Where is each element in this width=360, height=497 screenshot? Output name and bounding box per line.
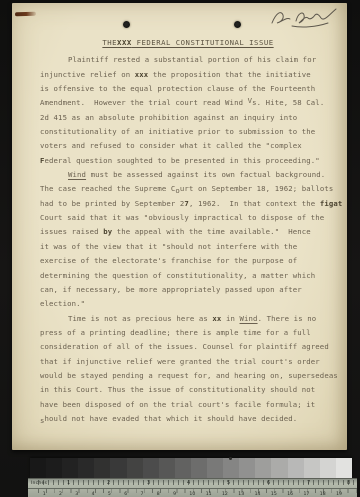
wedge-step: [239, 458, 255, 478]
wedge-step: [159, 458, 175, 478]
punch-hole-icon: [123, 21, 130, 28]
ruler-cm-number: 16: [287, 492, 293, 497]
wedge-step: [62, 458, 78, 478]
typed-line: in this Court. Thus the issue of constit…: [40, 383, 336, 397]
grayscale-wedge: [30, 458, 352, 478]
red-pen-mark: [15, 12, 36, 16]
ruler-cm-number: 19: [336, 492, 342, 497]
ruler-inch-number: 4: [187, 480, 190, 486]
typed-line: exercise of the electorate's franchise f…: [40, 254, 336, 268]
typed-line: Amendment. However the trial court read …: [40, 96, 336, 110]
ruler-inch-number: 5: [227, 480, 230, 486]
punch-hole-icon: [234, 21, 241, 28]
ruler-inch-number: 8: [347, 480, 350, 486]
typed-line: election.": [40, 297, 336, 311]
typed-line: The case reached the Supreme Court on Se…: [40, 182, 336, 196]
ruler-inch-number: 1: [67, 480, 70, 486]
typed-line: injunctive relief on xxx the proposition…: [40, 68, 336, 82]
typed-line: issues raised by the appeal with the tim…: [40, 225, 336, 239]
wedge-step: [320, 458, 336, 478]
ruler-cm-number: 15: [271, 492, 277, 497]
wedge-step: [255, 458, 271, 478]
typed-line: is offensive to the equal protection cla…: [40, 82, 336, 96]
typed-line: Wind must be assessed against its own fa…: [40, 168, 336, 182]
wedge-step: [110, 458, 126, 478]
wedge-step: [78, 458, 94, 478]
ruler-cm-number: 11: [206, 492, 212, 497]
wedge-step: [304, 458, 320, 478]
typed-line: it was of the view that it "should not i…: [40, 240, 336, 254]
typed-line: have been disposed of on the trial court…: [40, 398, 336, 412]
ruler-cm-number: 6: [124, 492, 127, 497]
ruler-cm-number: 5: [108, 492, 111, 497]
photographed-archive-scan: THEXXX FEDERAL CONSTITUTIONAL ISSUEPlain…: [0, 0, 360, 497]
wedge-step: [46, 458, 62, 478]
typed-line: determining the question of constitution…: [40, 269, 336, 283]
wedge-step: [191, 458, 207, 478]
typed-line: constitutionality of an initiative prior…: [40, 125, 336, 139]
wedge-step: [143, 458, 159, 478]
wedge-step: [288, 458, 304, 478]
ruler-cm-number: 7: [141, 492, 144, 497]
ruler-cm-number: 2: [59, 492, 62, 497]
document-title: THEXXX FEDERAL CONSTITUTIONAL ISSUE: [40, 36, 336, 50]
ruler-cm-number: 4: [92, 492, 95, 497]
ruler-cm-number: 17: [304, 492, 310, 497]
ruler-cm-number: 12: [222, 492, 228, 497]
ruler-cm-number: 13: [238, 492, 244, 497]
typed-line: had to be printed by September 27, 1962.…: [40, 197, 336, 211]
document-page: THEXXX FEDERAL CONSTITUTIONAL ISSUEPlain…: [12, 3, 347, 450]
ruler-cm-number: 3: [75, 492, 78, 497]
ruler-cm-number: 8: [157, 492, 160, 497]
ruler-inch-number: 3: [147, 480, 150, 486]
typed-line: Time is not as precious here as xx in Wi…: [40, 312, 336, 326]
typed-line: that if injunctive relief were granted t…: [40, 355, 336, 369]
wedge-step: [207, 458, 223, 478]
wedge-step: [223, 458, 239, 478]
typed-line: press of a printing deadline; there is a…: [40, 326, 336, 340]
ruler-inches-label: Inches: [31, 481, 47, 486]
typed-line: should not have evaded that which it sho…: [40, 412, 336, 426]
typed-text: THEXXX FEDERAL CONSTITUTIONAL ISSUEPlain…: [40, 36, 336, 426]
ruler-cm-number: 10: [189, 492, 195, 497]
ruler-cm-number: 9: [173, 492, 176, 497]
wedge-step: [30, 458, 46, 478]
ruler-cm-number: 1: [43, 492, 46, 497]
typed-line: Plaintiff rested a substantial portion o…: [40, 53, 336, 67]
ruler-cm-number: 14: [255, 492, 261, 497]
wedge-dot: [229, 457, 232, 460]
ruler-inch-number: 7: [307, 480, 310, 486]
typed-line: Court said that it was "obviously imprac…: [40, 211, 336, 225]
ruler: Inches 12345678 123456789101112131415161…: [28, 478, 357, 497]
typed-line: consideration of all of the issues. Coun…: [40, 340, 336, 354]
ruler-cm-number: 18: [320, 492, 326, 497]
typed-line: 2d 415 as an absolute prohibition agains…: [40, 111, 336, 125]
typed-line: Federal question soughted to be presente…: [40, 154, 336, 168]
wedge-step: [336, 458, 352, 478]
wedge-step: [94, 458, 110, 478]
handwritten-signature: [268, 6, 340, 32]
ruler-inch-number: 2: [107, 480, 110, 486]
wedge-step: [271, 458, 287, 478]
typed-line: can, if necessary, be more appropriately…: [40, 283, 336, 297]
wedge-step: [175, 458, 191, 478]
wedge-step: [127, 458, 143, 478]
ruler-inch-number: 6: [267, 480, 270, 486]
typed-line: voters and refused to consider what it c…: [40, 139, 336, 153]
typed-line: would be stayed pending a request for, a…: [40, 369, 336, 383]
